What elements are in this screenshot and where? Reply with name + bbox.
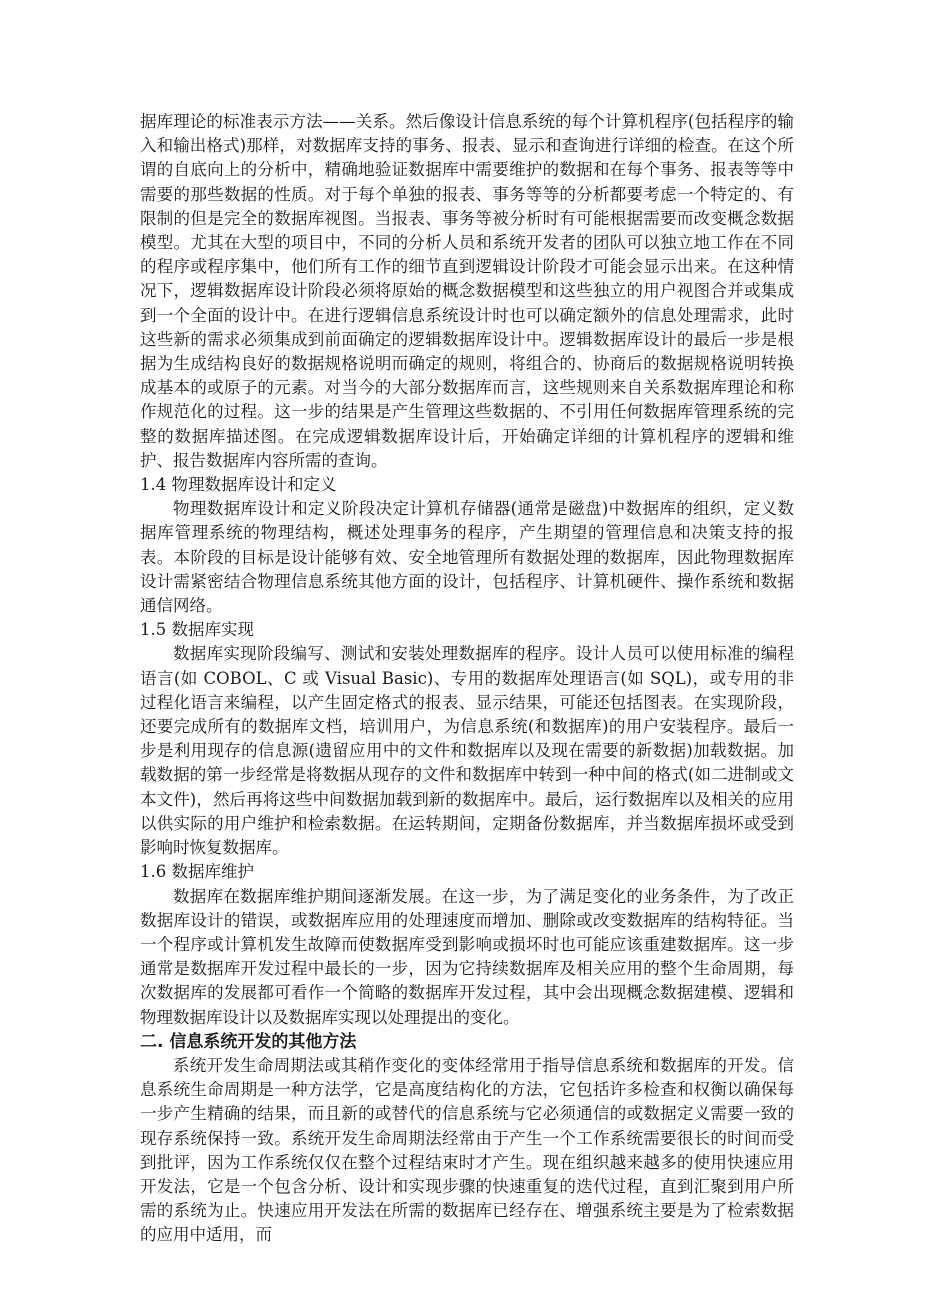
para-1-6: 数据库在数据库维护期间逐渐发展。在这一步，为了满足变化的业务条件，为了改正数据库… — [140, 885, 794, 1030]
para-1-4: 物理数据库设计和定义阶段决定计算机存储器(通常是磁盘)中数据库的组织，定义数据库… — [140, 497, 794, 618]
continuation-paragraph: 据库理论的标准表示方法——关系。然后像设计信息系统的每个计算机程序(包括程序的输… — [140, 110, 794, 473]
heading-1-4: 1.4 物理数据库设计和定义 — [140, 473, 794, 497]
para-2: 系统开发生命周期法或其稍作变化的变体经常用于指导信息系统和数据库的开发。信息系统… — [140, 1054, 794, 1248]
heading-1-5: 1.5 数据库实现 — [140, 618, 794, 642]
para-1-5: 数据库实现阶段编写、测试和安装处理数据库的程序。设计人员可以使用标准的编程语言(… — [140, 642, 794, 860]
text-block: 据库理论的标准表示方法——关系。然后像设计信息系统的每个计算机程序(包括程序的输… — [140, 110, 794, 1248]
document-page: 据库理论的标准表示方法——关系。然后像设计信息系统的每个计算机程序(包括程序的输… — [0, 0, 926, 1309]
heading-2: 二. 信息系统开发的其他方法 — [140, 1030, 794, 1054]
heading-1-6: 1.6 数据库维护 — [140, 860, 794, 884]
